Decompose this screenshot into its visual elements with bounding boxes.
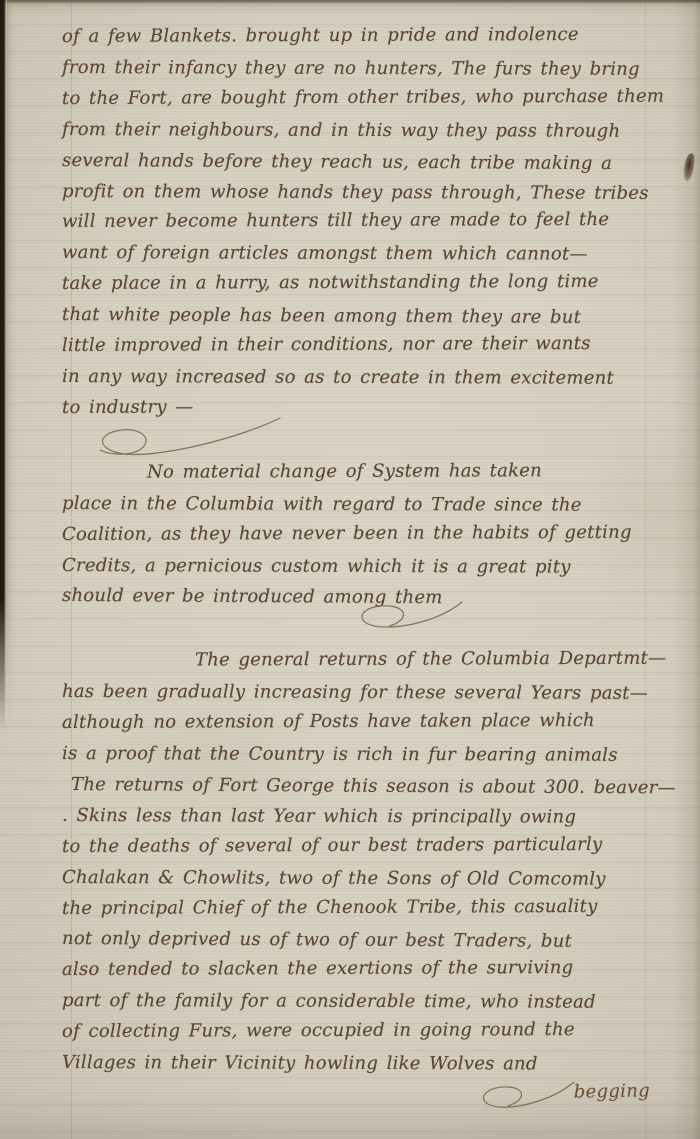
manuscript-line: several hands before they reach us, each… [62, 146, 674, 180]
manuscript-line: also tended to slacken the exertions of … [62, 953, 674, 986]
manuscript-line: although no extension of Posts have take… [62, 706, 674, 739]
manuscript-line: the principal Chief of the Chenook Tribe… [62, 891, 674, 924]
manuscript-line: Credits, a pernicious custom which it is… [62, 551, 674, 584]
manuscript-line: should ever be introduced among them [62, 581, 674, 615]
manuscript-line: No material change of System has taken [62, 455, 674, 488]
manuscript-line: Villages in their Vicinity howling like … [62, 1048, 674, 1081]
catchword: begging [0, 1080, 650, 1112]
manuscript-line: The returns of Fort George this season i… [62, 770, 674, 804]
manuscript-line: of a few Blankets. brought up in pride a… [62, 20, 674, 53]
ink-blot [682, 152, 696, 181]
manuscript-line: take place in a hurry, as notwithstandin… [62, 267, 674, 300]
manuscript-line: to the Fort, are bought from other tribe… [62, 81, 674, 114]
manuscript-line: The general returns of the Columbia Depa… [62, 644, 674, 677]
paragraph-general-returns: The general returns of the Columbia Depa… [62, 646, 674, 1079]
paragraph-no-change-of-system: No material change of System has taken p… [62, 458, 674, 613]
manuscript-line: Chalakan & Chowlits, two of the Sons of … [62, 863, 674, 896]
manuscript-line: to industry — [62, 391, 674, 424]
manuscript-line: of collecting Furs, were occupied in goi… [62, 1015, 674, 1048]
manuscript-line: will never become hunters till they are … [62, 205, 674, 238]
manuscript-line: to the deaths of several of our best tra… [62, 829, 674, 862]
manuscript-page: of a few Blankets. brought up in pride a… [0, 0, 700, 1139]
manuscript-line: is a proof that the Country is rich in f… [62, 739, 674, 772]
manuscript-line: Coalition, as they have never been in th… [62, 517, 674, 550]
manuscript-line: . Skins less than last Year which is pri… [62, 801, 674, 834]
page-edge-highlight [6, 0, 7, 720]
manuscript-line: place in the Columbia with regard to Tra… [62, 489, 674, 522]
manuscript-line: little improved in their conditions, nor… [62, 329, 674, 362]
manuscript-line: from their infancy they are no hunters, … [62, 53, 674, 86]
manuscript-line: from their neighbours, and in this way t… [62, 115, 674, 148]
manuscript-text: of a few Blankets. brought up in pride a… [62, 22, 674, 1079]
paragraph-blankets-trade: of a few Blankets. brought up in pride a… [62, 22, 674, 424]
binding-gutter-shadow [0, 0, 16, 730]
manuscript-line: in any way increased so as to create in … [62, 362, 674, 395]
